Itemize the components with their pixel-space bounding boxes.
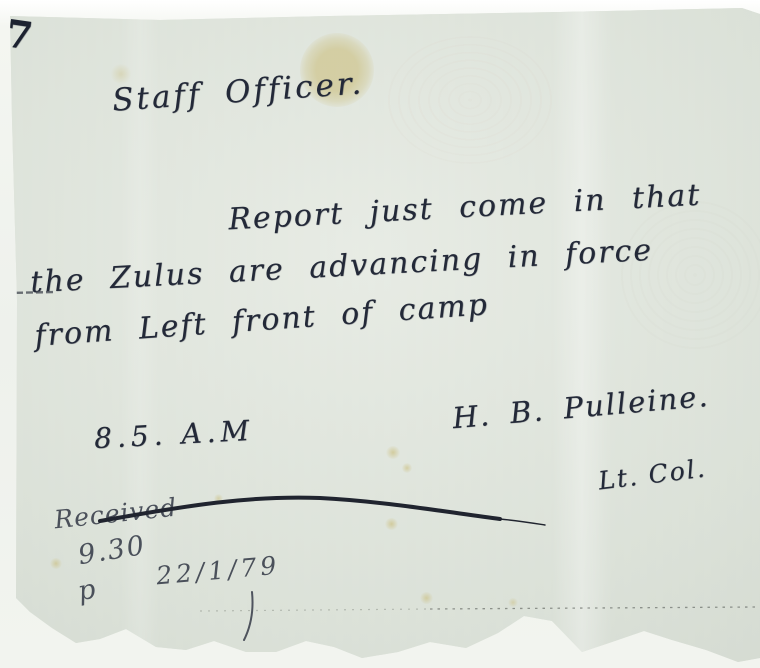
photographed-document: 7 Staff Officer. Report just come in tha… xyxy=(0,0,760,668)
paper-sheet: 7 Staff Officer. Report just come in tha… xyxy=(0,0,760,668)
stain xyxy=(420,592,433,604)
paper-sheen xyxy=(552,0,612,668)
corner-numeral-mark: 7 xyxy=(3,10,35,58)
received-label: Received xyxy=(53,493,179,535)
message-line-2: the Zulus are advancing in force xyxy=(30,233,654,301)
watermark-swirl xyxy=(620,200,760,350)
signature-text: H. B. Pulleine. xyxy=(451,379,711,435)
message-line-3: from Left front of camp xyxy=(33,287,490,354)
stain xyxy=(386,446,400,459)
stain xyxy=(50,558,62,569)
faint-dotted-line-left xyxy=(200,609,430,611)
watermark-swirl xyxy=(380,30,560,170)
stain xyxy=(385,518,398,530)
signature-rank-text: Lt. Col. xyxy=(597,453,708,495)
stain xyxy=(214,494,223,503)
date-nine-descender xyxy=(244,592,253,640)
stain xyxy=(402,463,412,473)
received-initial-mark: p xyxy=(75,574,97,608)
strike-flourish-tail xyxy=(500,519,545,525)
time-written-text: 8.5. A.M xyxy=(93,414,255,455)
faint-dotted-line-right xyxy=(430,607,756,609)
salutation-text: Staff Officer. xyxy=(111,65,365,119)
received-date: 22/1/79 xyxy=(155,551,281,591)
received-time: 9.30 xyxy=(76,530,148,571)
message-line-1: Report just come in that xyxy=(227,178,702,238)
stain xyxy=(508,598,518,607)
